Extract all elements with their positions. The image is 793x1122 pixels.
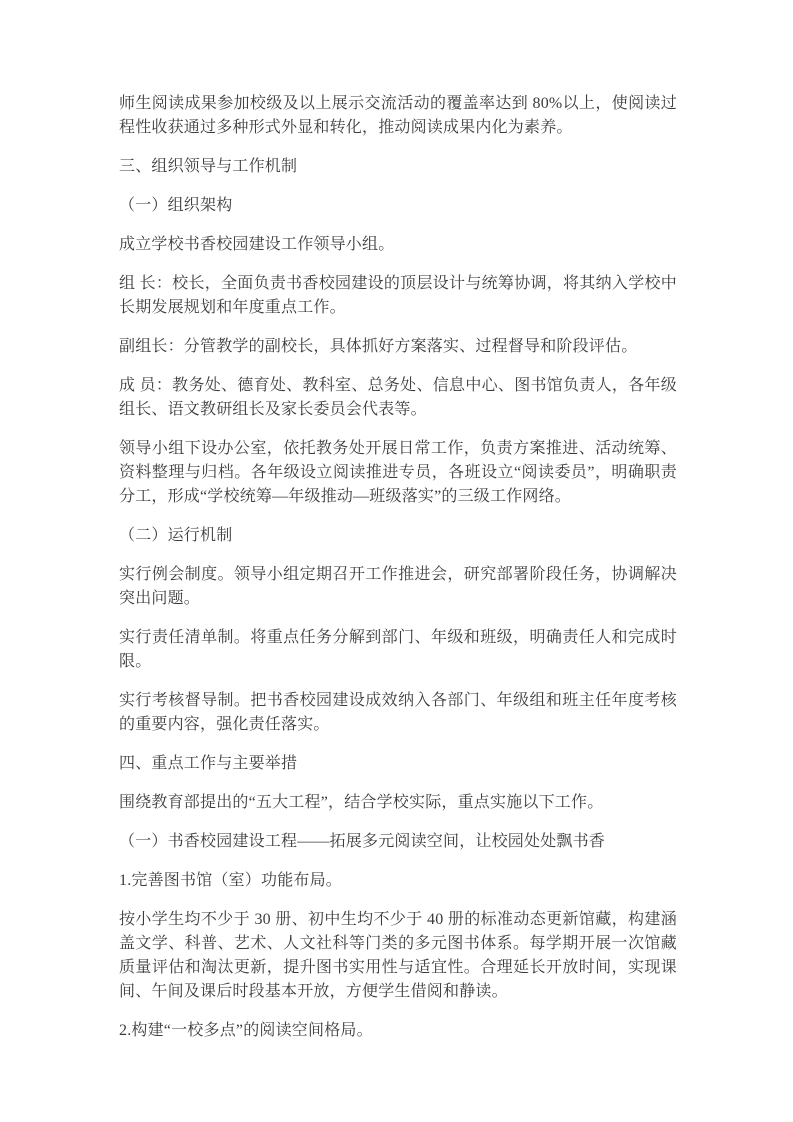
heading-section-three-organization: 三、组织领导与工作机制 (119, 155, 677, 179)
paragraph-leading-group: 成立学校书香校园建设工作领导小组。 (119, 233, 677, 257)
paragraph-deputy-leader: 副组长：分管教学的副校长，具体抓好方案落实、过程督导和阶段评估。 (119, 335, 677, 359)
paragraph-members: 成 员：教务处、德育处、教科室、总务处、信息中心、图书馆负责人，各年级组长、语文… (119, 374, 677, 422)
paragraph-item1-library-layout: 1.完善图书馆（室）功能布局。 (119, 869, 677, 893)
paragraph-office-and-network: 领导小组下设办公室，依托教务处开展日常工作，负责方案推进、活动统筹、资料整理与归… (119, 437, 677, 509)
document-body: 师生阅读成果参加校级及以上展示交流活动的覆盖率达到 80%以上，使阅读过程性收获… (119, 92, 677, 1043)
heading-operating-mechanism: （二）运行机制 (119, 524, 677, 548)
paragraph-group-leader: 组 长：校长，全面负责书香校园建设的顶层设计与统筹协调，将其纳入学校中长期发展规… (119, 272, 677, 320)
paragraph-reading-outcomes: 师生阅读成果参加校级及以上展示交流活动的覆盖率达到 80%以上，使阅读过程性收获… (119, 92, 677, 140)
paragraph-five-projects-intro: 围绕教育部提出的“五大工程”，结合学校实际，重点实施以下工作。 (119, 791, 677, 815)
heading-section-four-key-work: 四、重点工作与主要举措 (119, 752, 677, 776)
paragraph-item2-multipoint-space: 2.构建“一校多点”的阅读空间格局。 (119, 1019, 677, 1043)
paragraph-assessment-supervision: 实行考核督导制。把书香校园建设成效纳入各部门、年级组和班主任年度考核的重要内容，… (119, 689, 677, 737)
heading-org-structure: （一）组织架构 (119, 194, 677, 218)
paragraph-responsibility-list: 实行责任清单制。将重点任务分解到部门、年级和班级，明确责任人和完成时限。 (119, 626, 677, 674)
heading-campus-construction-project: （一）书香校园建设工程——拓展多元阅读空间，让校园处处飘书香 (119, 830, 677, 854)
paragraph-library-standards: 按小学生均不少于 30 册、初中生均不少于 40 册的标准动态更新馆藏，构建涵盖… (119, 908, 677, 1004)
paragraph-meeting-system: 实行例会制度。领导小组定期召开工作推进会，研究部署阶段任务，协调解决突出问题。 (119, 563, 677, 611)
document-page: 师生阅读成果参加校级及以上展示交流活动的覆盖率达到 80%以上，使阅读过程性收获… (0, 0, 793, 1122)
